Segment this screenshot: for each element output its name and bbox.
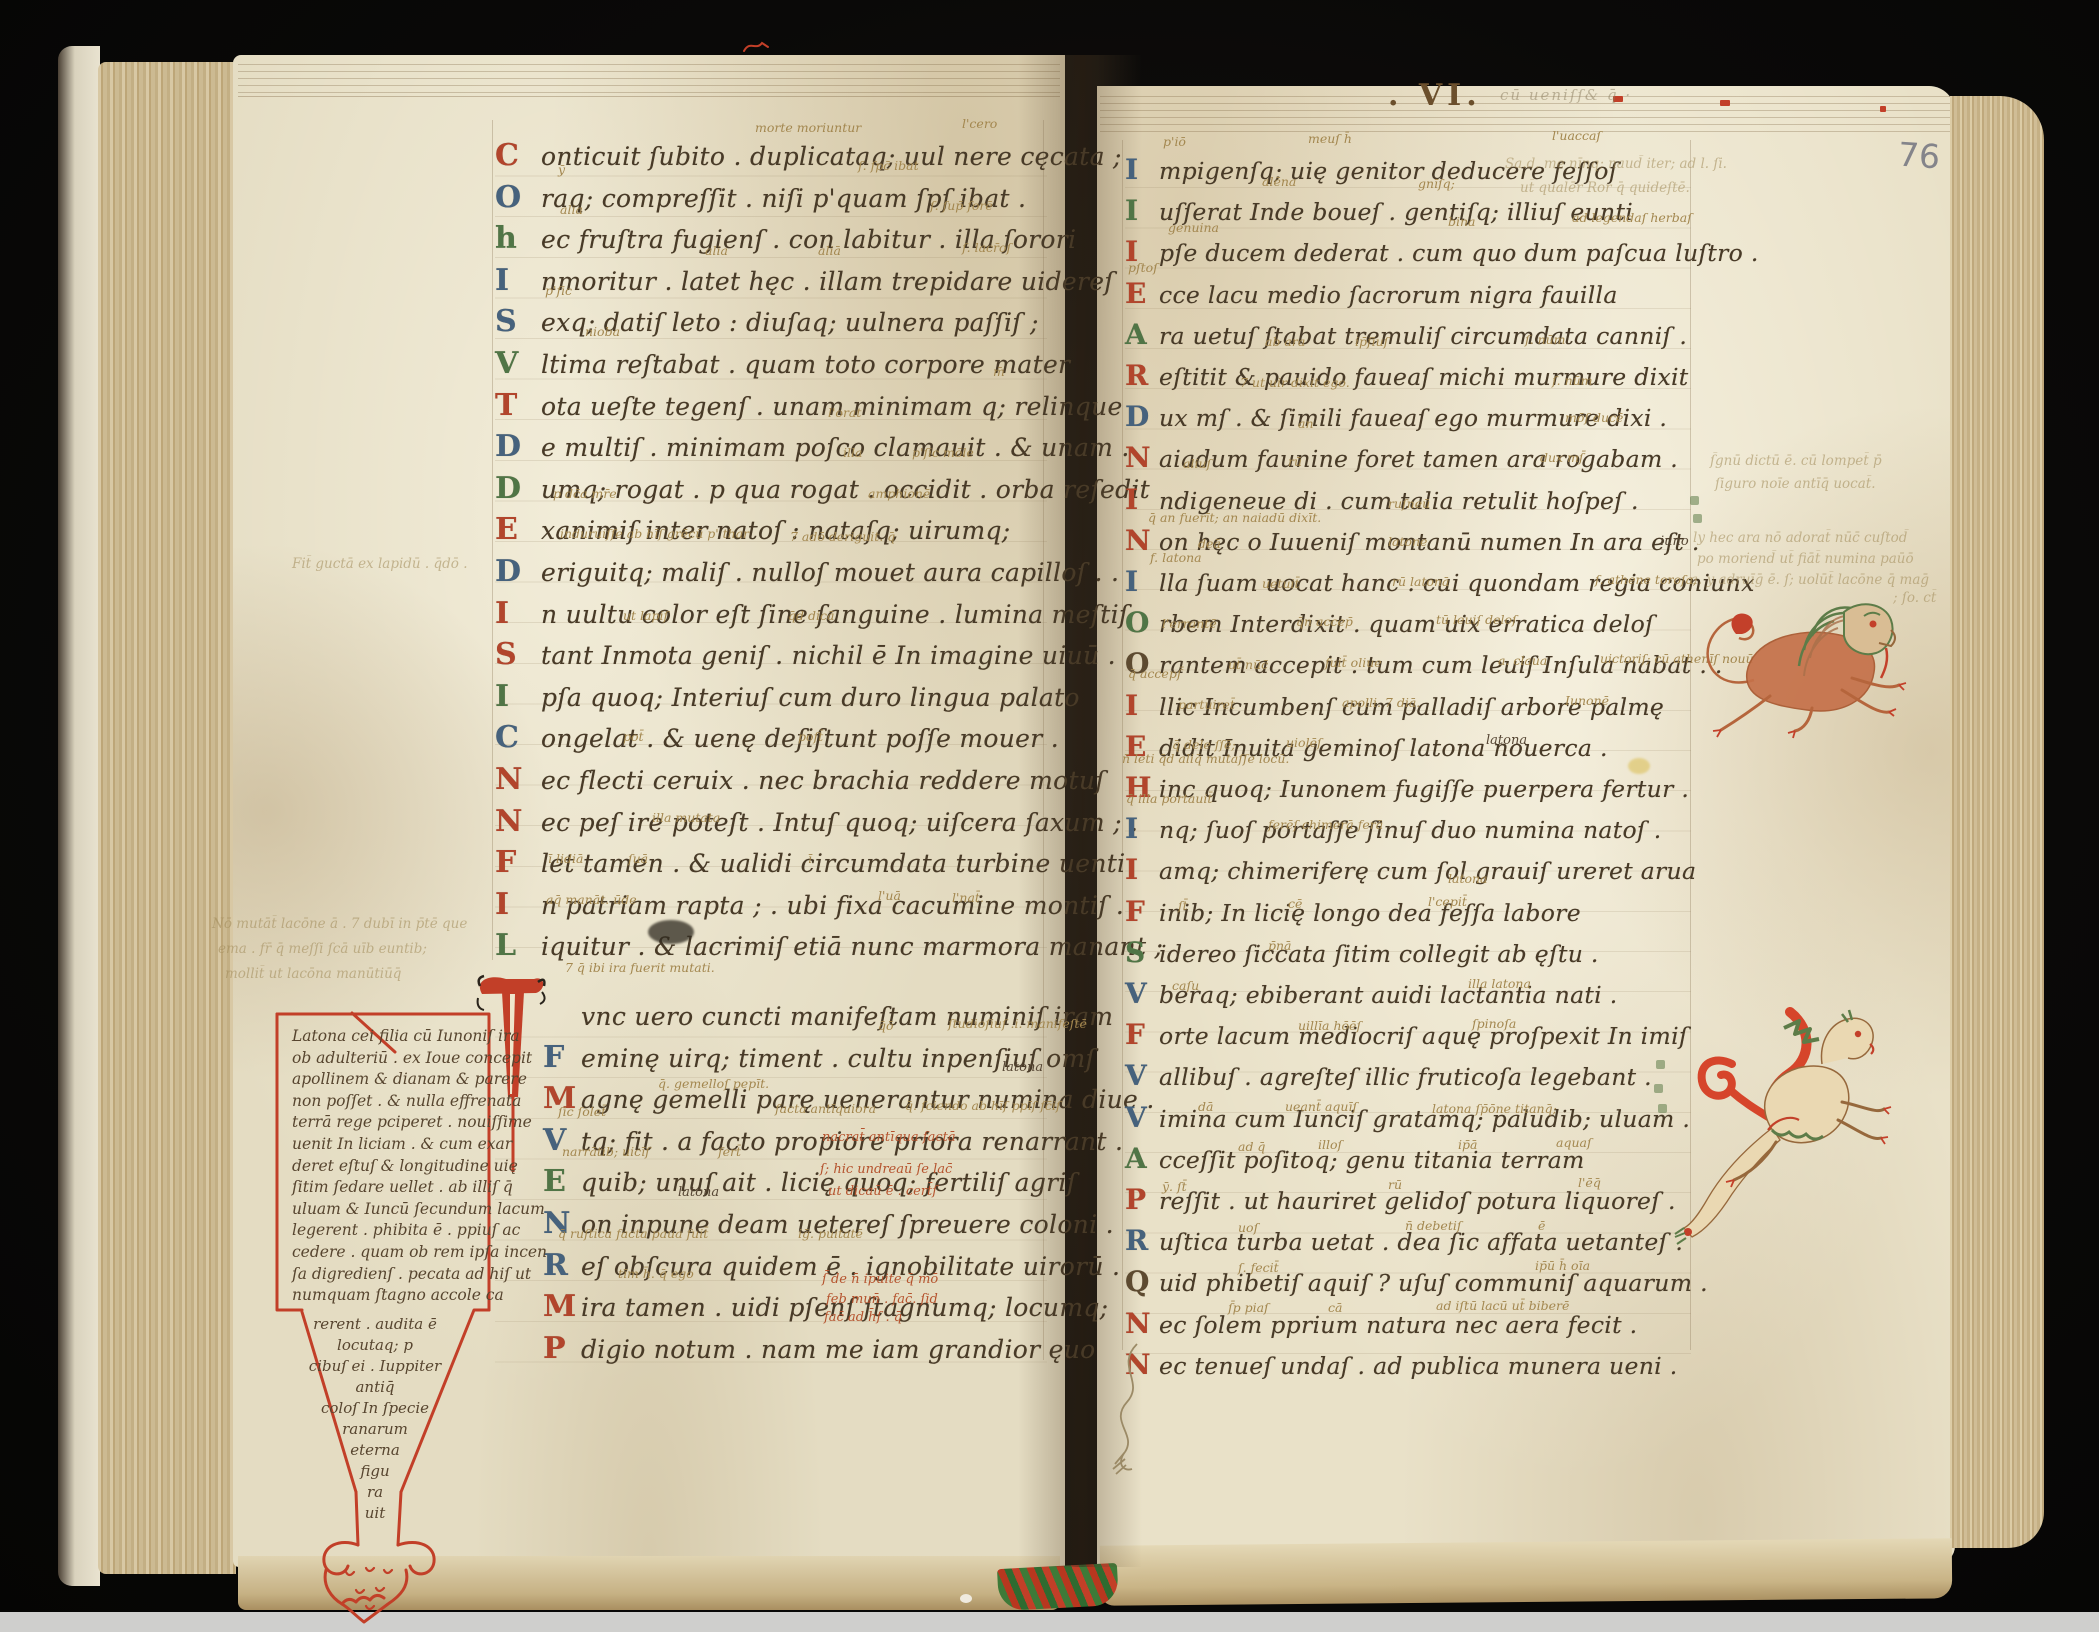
gloss-note: nacrat̄ antīqua factā	[822, 1130, 956, 1145]
green-paint-dab	[1693, 514, 1702, 523]
gloss-note: apolli. 7 diā.	[1342, 695, 1420, 710]
verse-text: idereo ſiccata ſitim collegit ab ęſtu .	[1159, 940, 1599, 968]
verse-text: nq; ſuoſ portaſſe ſinuſ duo numina natoſ…	[1159, 816, 1661, 844]
bottom-page-edges-right	[1100, 1538, 1952, 1605]
gloss-note: l'uā	[878, 888, 901, 903]
gloss-note: q̄ an fuerīt; an naiadū dixīt.	[1148, 510, 1321, 525]
gloss-note: l'ēq̄	[1578, 1175, 1601, 1190]
verse-text: cce lacu medio ſacrorum nigra fauilla	[1159, 281, 1618, 309]
gloss-note: facta antīquiora	[775, 1101, 876, 1116]
gloss-note: l'uaccaſ	[1552, 128, 1601, 143]
gloss-note: fac̄ ad h̄ſ . q̄	[824, 1310, 902, 1325]
gloss-note: ī	[808, 851, 812, 866]
gloss-note: uillīa hōēſ	[1298, 1018, 1361, 1033]
verse-initial: V	[495, 344, 541, 385]
stain	[1628, 758, 1650, 774]
gloss-note: aliuſ	[1183, 456, 1211, 471]
gloss-note: ſ. nūm	[1552, 373, 1593, 388]
vase-gloss-line: ranarum	[290, 1419, 460, 1440]
verse-initial: O	[495, 178, 541, 219]
gloss-note: l'errantē	[1162, 616, 1217, 631]
verse-initial: C	[495, 136, 541, 177]
gloss-note: ueant̄ aquīſ	[1285, 1099, 1357, 1114]
gloss-note: ſ. athene toroſa;	[1595, 572, 1697, 587]
gloss-note: pot̄	[623, 729, 644, 744]
gloss-note: ſ. ſpc̄ ibat	[858, 158, 919, 173]
gloss-note: Iunonē	[1565, 693, 1609, 708]
verse-text: beraq; ebiberant auidi lactantia nati .	[1159, 981, 1618, 1009]
verse-initial: h	[495, 219, 541, 260]
verse-initial: I	[495, 594, 541, 635]
verse-line: Congelat . & uenę deſiſtunt poſſe mouer …	[495, 718, 1163, 760]
verse-initial: N	[495, 760, 541, 801]
vase-gloss-line: ſitim ſedare uellet . ab illiſ q̄	[292, 1177, 492, 1199]
gloss-note: n̄ debetiſ	[1405, 1218, 1461, 1233]
gloss-note: m̄	[993, 364, 1005, 379]
gloss-note: latone	[1388, 534, 1427, 549]
gloss-note: feb mun̄ . fac̄. ſid	[826, 1292, 938, 1307]
verse-line: Iamq; chimeriferę cum ſol grauiſ ureret …	[1125, 850, 1759, 891]
gloss-note: aliā	[818, 243, 841, 258]
gloss-note: alia	[705, 243, 728, 258]
gloss-note: ſtudioſiuſ .i. manifeſtē	[948, 1016, 1087, 1031]
verse-initial: E	[1125, 274, 1159, 314]
verse-initial: A	[1125, 1139, 1159, 1179]
verse-initial: D	[1125, 397, 1159, 437]
gloss-note: ſpinoſa	[1472, 1016, 1516, 1031]
verse-text: e multiſ . minimam poſco clamauit . & un…	[541, 433, 1130, 462]
verse-initial: E	[543, 1162, 581, 1203]
gloss-note: q̄. gemelloſ pepīt.	[658, 1076, 769, 1091]
gloss-note: q̄ ruſtica facta paua fuit̄	[558, 1226, 708, 1241]
verse-text: pſe ducem dederat . cum quo dum paſcua l…	[1159, 239, 1759, 267]
gloss-note: ſiguro noīe antīq̄ uocat̄.	[1715, 476, 1876, 492]
gloss-note: tīm h̄. q̄ ego	[618, 1266, 694, 1281]
gloss-note: ut dicaū ē . cert̄ſ	[828, 1184, 937, 1199]
verse-initial: D	[495, 552, 541, 593]
gloss-note: ē	[1538, 1218, 1545, 1233]
gloss-note: Sa.d. me nīnq; naud̄ iter; ad l. ſi.	[1505, 156, 1727, 172]
gloss-note: ſ. lacr̄oſ	[962, 240, 1011, 255]
gloss-note: amphionē	[868, 486, 930, 501]
gloss-note: ſ̄ de n̄ ipuite q̄ mō	[822, 1272, 938, 1287]
vase-gloss-line: ſa digredienſ . pecata ad hiſ ut	[292, 1264, 492, 1286]
offset-ghost-text: cū ueniſſ& q̄ ·	[1500, 86, 1632, 104]
wyvern-figure	[1672, 1002, 1897, 1250]
manicule-squiggle	[1095, 1340, 1175, 1500]
vase-gloss-line: legerent . phibita ē . ppiuſ ac	[292, 1220, 492, 1242]
gloss-note: an	[1298, 416, 1314, 431]
verse-text: ec peſ ire poteſt . Intuſ quoq; uiſcera …	[541, 808, 1138, 837]
verse-line: Acceſſit poſitoq; genu titania terram	[1125, 1139, 1759, 1180]
verse-initial: D	[495, 427, 541, 468]
gloss-note: aquaſ	[1556, 1135, 1592, 1150]
gloss-note: illa latona	[1468, 976, 1531, 991]
gloss-note: nioba	[585, 324, 620, 339]
verse-line: Vltima reſtabat . quam toto corpore mate…	[495, 344, 1163, 386]
gloss-note: fuit̄ oliue	[1325, 655, 1382, 670]
vase-gloss-line: numquam ſtagno accole ca	[292, 1285, 492, 1307]
verse-initial: P	[543, 1329, 581, 1370]
verse-initial: C	[495, 718, 541, 759]
gloss-note: cā	[1328, 1300, 1342, 1315]
verse-initial: I	[1125, 562, 1159, 602]
verse-text: imina cum Iunciſ gratamq; paludib; uluam…	[1159, 1105, 1690, 1133]
vase-gloss-line: uit	[290, 1503, 460, 1524]
gloss-note: l'cero	[962, 116, 997, 131]
lion-figure	[1692, 572, 1907, 744]
verse-initial: E	[495, 510, 541, 551]
gloss-note: l'nat̄.	[952, 890, 984, 905]
verse-line: Hinc quoq; Iunonem fugiſſe puerpera fert…	[1125, 768, 1759, 809]
gloss-note: partuiret̄	[1178, 697, 1235, 712]
gloss-note: l'cepit̄	[1428, 894, 1467, 909]
gloss-note: p'ſic mōle	[912, 445, 974, 460]
gloss-note: latona	[1002, 1060, 1043, 1075]
verse-initial: I	[1125, 809, 1159, 849]
verse-line: Flet tamen . & ualidi circumdata turbine…	[495, 843, 1163, 885]
green-paint-dab	[1656, 1060, 1665, 1069]
verse-line: Dux mſ . & ſimili faueaſ ego murmure dix…	[1125, 397, 1759, 438]
verse-initial: F	[495, 843, 541, 884]
gloss-note: pſtoſ	[1128, 260, 1158, 275]
gloss-note: ferēſ chimerā ferā	[1268, 817, 1383, 832]
gloss-note: f. latona	[1150, 550, 1202, 565]
verse-line: Stant Inmota geniſ . nichil ē In imagine…	[495, 635, 1163, 677]
gloss-note: uetuit̄	[1262, 576, 1300, 591]
verse-text: iquitur . & lacrimiſ etiā nunc marmora m…	[541, 932, 1163, 961]
vase-gloss-text: Latona cei filia cū Iunoniſ iraob adulte…	[292, 1026, 492, 1307]
gloss-note: tū leuiſ deloſ	[1436, 612, 1517, 627]
gloss-note: ſt̄	[1178, 898, 1188, 913]
gloss-note: meuſ h̄	[1308, 131, 1352, 146]
gloss-note: alēna	[1262, 174, 1296, 189]
verse-text: uſſerat Inde boueſ . gentiſq; illiuſ eun…	[1159, 198, 1633, 226]
gloss-note: rū latonā	[1392, 574, 1450, 589]
vase-gloss-line: rerent . audita ē locutaq; p	[290, 1314, 460, 1356]
gloss-note: latona	[1486, 733, 1527, 748]
gloss-note: l'orat	[828, 405, 861, 420]
gloss-note: poſt̄	[798, 729, 823, 744]
verse-line: Nec flecti ceruix . nec brachia reddere …	[495, 760, 1163, 802]
book-cover-edge	[58, 46, 100, 1586]
gloss-note: ſ. ſup̄ ſorē	[930, 198, 993, 213]
gloss-note: ſ; hic undreaū ſe lac̄	[820, 1162, 952, 1177]
gloss-note: ſic ſolet̄	[558, 1104, 606, 1119]
gloss-note: ad legendaſ herbaſ	[1572, 210, 1692, 225]
fore-edge-page-stack	[1950, 96, 2044, 1548]
verse-text: ec tenueſ undaſ . ad publica munera ueni…	[1159, 1352, 1678, 1380]
gloss-note: q̄. ſciendo ab hīſ ppīſ fc̄iſ	[905, 1098, 1060, 1113]
vase-gloss-line: uenit In liciam . & cum exar	[292, 1134, 492, 1156]
gloss-note: gnīſq;	[1418, 176, 1455, 191]
verse-initial: S	[1125, 933, 1159, 973]
gloss-note: caſu	[1172, 978, 1199, 993]
verse-initial: R	[1125, 356, 1159, 396]
gloss-note: ȳ. ſt̄	[1162, 1179, 1187, 1194]
vase-gloss-line: uluam & Iuncū ſecundum lacum	[292, 1199, 492, 1221]
verse-text: on hęc o Iuueniſ montanū numen In ara eſ…	[1159, 528, 1700, 556]
gloss-note: ȳ	[558, 162, 565, 177]
vase-gloss-line: ra	[290, 1482, 460, 1503]
verse-initial: N	[495, 802, 541, 843]
gloss-note: po moriend̄ ut̄ fiāt̄ numina paūō	[1697, 551, 1914, 567]
book-numeral: . VI.	[1388, 78, 1482, 113]
gloss-note: ad iſtū lacū ut̄ biberē	[1436, 1298, 1569, 1313]
gloss-note: 7 adō deriguit. q̄	[790, 529, 895, 544]
verse-line: Naiadum faunine foret tamen ara rogabam …	[1125, 438, 1759, 479]
verse-line: Oraq; compreſſit . niſi p'quam ſpſ ibat …	[495, 178, 1163, 220]
gloss-note: induruiſſe ab hīſ grēcū p' thar	[560, 526, 749, 541]
vase-gloss-line: figu	[290, 1461, 460, 1482]
verse-initial: A	[1125, 315, 1159, 355]
verse-text: tant Inmota geniſ . nichil ē In imagine …	[541, 641, 1116, 670]
gloss-note: morte moriuntur	[755, 120, 861, 135]
vase-gloss-line: non poſſet . & nulla effrenata	[292, 1091, 492, 1113]
verse-text: reſſit . ut hauriret gelidoſ potura liqu…	[1159, 1187, 1676, 1215]
gloss-note: q̄n accep̄	[1296, 614, 1353, 629]
gloss-note: q̄ illa portauit̄	[1126, 791, 1212, 806]
verse-text: cceſſit poſitoq; genu titania terram	[1159, 1146, 1585, 1174]
gloss-note: dā	[1198, 1099, 1213, 1114]
verse-text: eriguitq; maliſ . nulloſ mouet aura capi…	[541, 558, 1119, 587]
gloss-note: iḡ. puitatē	[798, 1226, 863, 1241]
gloss-note: ſ. fecit̄	[1238, 1260, 1279, 1275]
verse-line: De multiſ . minimam poſco clamauit . & u…	[495, 427, 1163, 469]
verse-initial: Q	[1125, 1262, 1159, 1302]
verse-initial: V	[1125, 974, 1159, 1014]
verse-line: Pdigio notum . nam me iam grandior ęuo	[543, 1329, 1155, 1371]
gloss-note: ad q̄	[1238, 1139, 1265, 1154]
gloss-note: fert̄	[718, 1144, 741, 1159]
verse-initial: S	[495, 635, 541, 676]
verse-initial: R	[1125, 1221, 1159, 1261]
verse-line: Ipſe ducem dederat . cum quo dum paſcua …	[1125, 232, 1759, 273]
red-edge-fleck	[1880, 106, 1886, 112]
red-edge-fleck	[1720, 100, 1730, 106]
verse-initial: T	[495, 386, 541, 427]
verse-initial: I	[1125, 850, 1159, 890]
verse-initial: I	[1125, 150, 1159, 190]
verse-line: Vberaq; ebiberant auidi lactantia nati .	[1125, 974, 1759, 1015]
gloss-note: rū	[1288, 454, 1302, 469]
gloss-note: a. claua	[1498, 653, 1547, 668]
verse-line: Ecce lacu medio ſacrorum nigra fauilla	[1125, 274, 1759, 315]
verse-text: onticuit ſubito . duplicataq; uul nere c…	[541, 142, 1122, 171]
gloss-note: alia	[560, 202, 583, 217]
verse-initial: L	[495, 926, 541, 967]
vase-funnel-text: rerent . audita ē locutaq; pcibuſ ei . I…	[290, 1314, 460, 1524]
gloss-note: p'iō	[1163, 134, 1186, 149]
folio-number: 76	[1897, 135, 1942, 177]
verse-line: Deriguitq; maliſ . nulloſ mouet aura cap…	[495, 552, 1163, 594]
verse-line: Nec tenueſ undaſ . ad publica munera uen…	[1125, 1345, 1759, 1386]
gloss-note: mōſ ducē	[1565, 410, 1623, 425]
vase-gloss-line: terrā rege pciperet . nouiſſime	[292, 1112, 492, 1134]
verse-line: Ara uetuſ ſtabat tremuliſ circumdata can…	[1125, 315, 1759, 356]
verse-initial: F	[543, 1038, 581, 1079]
gloss-note: ut̄ nūc̄	[1228, 657, 1268, 672]
verse-initial: F	[1125, 1015, 1159, 1055]
left-verse-block-1: Conticuit ſubito . duplicataq; uul nere …	[495, 136, 1163, 968]
gloss-note: illa	[843, 445, 862, 460]
ink-blot	[648, 920, 694, 944]
binding-thread	[960, 1594, 972, 1603]
verse-initial: N	[1125, 1304, 1159, 1344]
verse-initial: S	[495, 302, 541, 343]
verse-initial: N	[1125, 438, 1159, 478]
verse-text: inib; In licię longo dea feſſa labore	[1159, 899, 1581, 927]
gloss-note: n̄ leti q̄d aliq̄ mutaſſe locū.	[1122, 751, 1289, 766]
gloss-note: ſ̄p piaſ	[1228, 1300, 1269, 1315]
gloss-note: ut lapiſ	[623, 608, 668, 623]
gloss-note: mollit̄ ut lacōna manūtiūq̄	[225, 966, 401, 982]
vase-gloss-line: Latona cei filia cū Iunoniſ ira	[292, 1026, 492, 1048]
gloss-note: iuno	[1660, 534, 1689, 549]
verse-initial: O	[1125, 603, 1159, 643]
verse-text: orte lacum mediocriſ aquę proſpexit In i…	[1159, 1022, 1688, 1050]
gloss-note: narrātib; uicīſ	[562, 1144, 650, 1159]
gloss-note: 7 ut uir dixit ego.	[1240, 375, 1350, 390]
gloss-note: bina	[1448, 214, 1476, 229]
gloss-note: dux mſ̄	[1540, 450, 1584, 465]
gloss-note: uiolēſ	[1286, 735, 1322, 750]
gloss-note: rū	[1388, 1177, 1402, 1192]
verse-initial: D	[495, 469, 541, 510]
verse-line: Ipſa quoq; Interiuſ cum duro lingua pala…	[495, 677, 1163, 719]
gloss-note: ſ. nūm	[1525, 332, 1566, 347]
gloss-note: ut̄ qualēr Ror q̄ quideſtē.	[1520, 180, 1690, 196]
verse-text: amq; chimeriferę cum ſol grauiſ ureret a…	[1159, 857, 1696, 885]
gloss-note: cē	[1288, 896, 1302, 911]
vase-gloss-line: eterna	[290, 1440, 460, 1461]
verse-line: Sidereo ſiccata ſitim collegit ab ęſtu .	[1125, 933, 1759, 974]
gloss-note: Nō mutāt̄ lacōne ā . 7 dubī in p̄tē que	[212, 916, 467, 932]
verse-line: Preſſit . ut hauriret gelidoſ potura liq…	[1125, 1180, 1759, 1221]
gloss-note: ab ara	[1265, 334, 1305, 349]
left-page-stack-edge	[98, 62, 236, 1574]
gloss-note: ly hec ara nō adorat̄ nūc̄ cuſtod̄	[1693, 530, 1907, 546]
gloss-note: q̄ dele ſſē;	[1172, 737, 1236, 752]
top-page-edges-left	[238, 58, 1060, 97]
verse-initial: I	[495, 677, 541, 718]
vase-gloss-line: deret eſtuſ & longitudine uię	[292, 1156, 492, 1178]
verse-initial: P	[1125, 1180, 1159, 1220]
verse-text: digio notum . nam me iam grandior ęuo	[581, 1335, 1095, 1364]
verse-text: ra uetuſ ſtabat tremuliſ circumdata cann…	[1159, 322, 1687, 350]
green-paint-dab	[1690, 496, 1699, 505]
gloss-note: 7 q̄ ibi ira fuerit mutati.	[565, 960, 715, 975]
verse-line: Conticuit ſubito . duplicataq; uul nere …	[495, 136, 1163, 178]
gloss-note: genuina	[1168, 220, 1219, 235]
quire-mark-icon	[742, 38, 770, 58]
verse-text: inc quoq; Iunonem fugiſſe puerpera fertu…	[1159, 775, 1689, 803]
gloss-note: ſ̄gnū dictū ē. cū lompet̄ p̄	[1710, 453, 1882, 469]
gloss-note: q̄ō	[878, 1018, 894, 1033]
right-verse-block: Impigenſq; uię genitor deducere feſſoſ I…	[1125, 150, 1759, 1386]
vase-gloss-line: ob adulteriū . ex Ioue concepit	[292, 1048, 492, 1070]
gloss-note: ī lidiā	[548, 851, 583, 866]
verse-text: aiadum faunine foret tamen ara rogabam .	[1159, 445, 1678, 473]
verse-text: eſtitit & pauido faueaſ michi murmure di…	[1159, 363, 1689, 391]
gloss-note: p̄nā	[1268, 938, 1292, 953]
gloss-note: aq̄ manāt. ūde	[546, 892, 637, 907]
verse-initial: I	[1125, 686, 1159, 726]
gloss-note: latona ſp̄ōne titanq̄;	[1432, 1101, 1557, 1116]
gloss-note: p dc̄a mr̄e	[553, 486, 617, 501]
verse-line: Inmoritur . latet hęc . illam trepidare …	[495, 261, 1163, 303]
manuscript-photo: . VI. cū ueniſſ& q̄ · 76 Conticuit ſubit…	[0, 0, 2099, 1632]
verse-text: umq; rogat . p qua rogat . occidit . orb…	[541, 475, 1150, 504]
verse-line: Inq; ſuoſ portaſſe ſinuſ duo numina nato…	[1125, 809, 1759, 850]
gloss-note: ruſneū	[1388, 496, 1430, 511]
vase-gloss-line: cedere . quam ob rem ipſa incen	[292, 1242, 492, 1264]
gloss-note: ip̄ū h̄ oīa	[1535, 1258, 1590, 1273]
gloss-note: illa mutata	[652, 810, 720, 825]
vase-gloss-line: apollinem & dianam & parere	[292, 1069, 492, 1091]
verse-text: ec flecti ceruix . nec brachia reddere m…	[541, 766, 1105, 795]
verse-text: rbem Interdixit . quam uix erratica delo…	[1159, 610, 1654, 638]
gloss-note: Fit̄ guctā ex lapidū . q̄dō .	[292, 556, 468, 572]
vase-gloss-line: cibuſ ei . Iuppiter antiq̄	[290, 1356, 460, 1398]
verse-line: Forte lacum mediocriſ aquę proſpexit In …	[1125, 1015, 1759, 1056]
gloss-note: q̄d dicā	[788, 608, 834, 623]
gloss-note: deā	[1198, 536, 1221, 551]
gloss-note: latona	[678, 1185, 719, 1200]
gloss-note: illoſ	[1318, 1137, 1342, 1152]
verse-text: ltima reſtabat . quam toto corpore mater	[541, 350, 1070, 379]
verse-initial: V	[1125, 1056, 1159, 1096]
green-paint-dab	[1654, 1084, 1663, 1093]
gloss-note: latona	[1448, 871, 1488, 886]
verse-line: Reſtitit & pauido faueaſ michi murmure d…	[1125, 356, 1759, 397]
gloss-note: q̄ accepſ̄	[1128, 666, 1181, 681]
verse-initial: I	[495, 261, 541, 302]
verse-line: Nec peſ ire poteſt . Intuſ quoq; uiſcera…	[495, 802, 1163, 844]
verse-initial: I	[1125, 191, 1159, 231]
gloss-note: uoſ	[1238, 1220, 1258, 1235]
verse-text: allibuſ . agreſteſ illic fruticoſa legeb…	[1159, 1063, 1652, 1091]
verse-text: nmoritur . latet hęc . illam trepidare u…	[541, 267, 1114, 296]
endband-red-green	[997, 1563, 1119, 1611]
green-paint-dab	[1658, 1104, 1667, 1113]
gloss-note: p'ſic	[545, 283, 572, 298]
gloss-note: ip̄ā	[1458, 1137, 1477, 1152]
verse-initial: R	[543, 1246, 581, 1287]
verse-initial: V	[1125, 1098, 1159, 1138]
verse-initial: M	[543, 1287, 581, 1328]
gloss-note: ema . fr̄ q̄ meſſi ſcā uīb euntib;	[218, 941, 427, 957]
gloss-note: ip̄ſiuſ	[1355, 334, 1388, 349]
verse-initial: I	[495, 885, 541, 926]
verse-text: pſa quoq; Interiuſ cum duro lingua palat…	[541, 683, 1080, 712]
gloss-note: ſuā	[628, 851, 648, 866]
verse-line: Feminę uirq; timent . cultu inpenſiuſ om…	[543, 1038, 1155, 1080]
vase-gloss-line: coloſ In ſpecie	[290, 1398, 460, 1419]
verse-initial: F	[1125, 892, 1159, 932]
